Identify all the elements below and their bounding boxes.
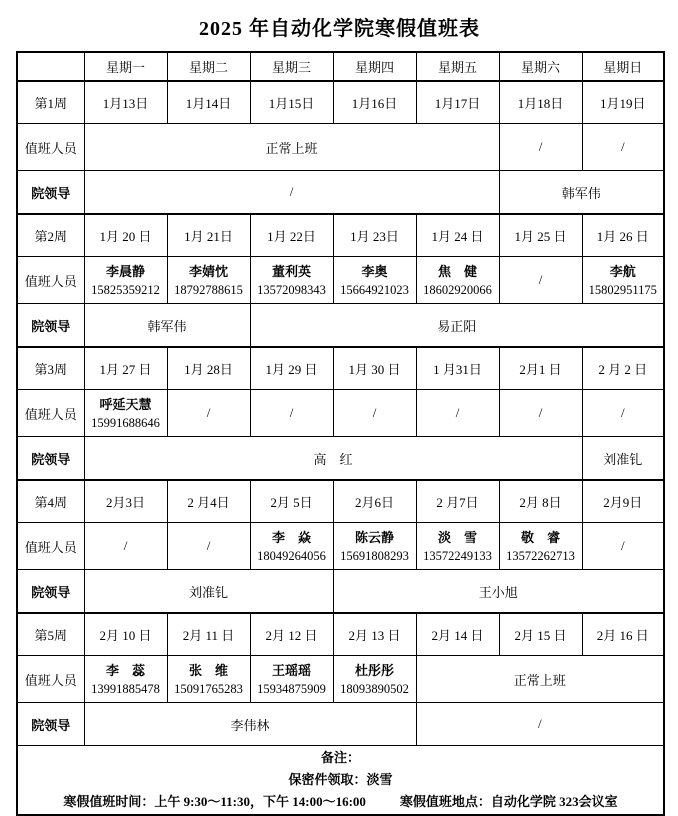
duty-person-name: 呼延天慧 bbox=[87, 395, 165, 414]
duty-person-name: 李婧忱 bbox=[170, 262, 248, 281]
date-cell: 2月 8日 bbox=[499, 480, 582, 523]
duty-person-phone: 15664921023 bbox=[336, 281, 414, 299]
duty-schedule-table: 星期一星期二星期三星期四星期五星期六星期日第1周1月13日1月14日1月15日1… bbox=[16, 51, 665, 816]
duty-person-phone: 15825359212 bbox=[87, 281, 165, 299]
week-label: 第4周 bbox=[17, 480, 84, 523]
date-cell: 1月 26 日 bbox=[582, 214, 664, 257]
date-cell: 2月 10 日 bbox=[84, 613, 167, 656]
date-cell: 2月6日 bbox=[333, 480, 416, 523]
page-title: 2025 年自动化学院寒假值班表 bbox=[16, 12, 663, 41]
duty-cell: 王瑶瑶15934875909 bbox=[250, 656, 333, 703]
date-cell: 1月 28日 bbox=[167, 347, 250, 390]
date-cell: 2月 14 日 bbox=[416, 613, 499, 656]
date-cell: 2 月 2 日 bbox=[582, 347, 664, 390]
note-duty-location: 寒假值班地点：自动化学院 323会议室 bbox=[400, 794, 618, 809]
week-label: 第2周 bbox=[17, 214, 84, 257]
note-duty-time-location: 寒假值班时间：上午 9:30～11:30，下午 14:00～16:00寒假值班地… bbox=[20, 791, 661, 813]
date-cell: 1月 21日 bbox=[167, 214, 250, 257]
date-cell: 1 月31日 bbox=[416, 347, 499, 390]
date-cell: 1月19日 bbox=[582, 81, 664, 124]
duty-cell: 陈云静15691808293 bbox=[333, 523, 416, 570]
day-header: 星期六 bbox=[499, 52, 582, 81]
day-header: 星期三 bbox=[250, 52, 333, 81]
date-cell: 2月 5日 bbox=[250, 480, 333, 523]
day-header: 星期二 bbox=[167, 52, 250, 81]
duty-cell: 李婧忱18792788615 bbox=[167, 257, 250, 304]
row-label-leader: 院领导 bbox=[17, 570, 84, 614]
leader-cell: 刘准钆 bbox=[84, 570, 333, 614]
duty-cell: / bbox=[250, 390, 333, 437]
date-cell: 1月15日 bbox=[250, 81, 333, 124]
duty-person-name: 李航 bbox=[585, 262, 662, 281]
duty-person-name: 李 蕊 bbox=[87, 661, 165, 680]
week-label: 第3周 bbox=[17, 347, 84, 390]
duty-person-phone: 13991885478 bbox=[87, 680, 165, 698]
leader-cell: 易正阳 bbox=[250, 304, 664, 348]
date-cell: 1月 22日 bbox=[250, 214, 333, 257]
row-label-leader: 院领导 bbox=[17, 703, 84, 746]
duty-cell: 淡 雪13572249133 bbox=[416, 523, 499, 570]
page: 2025 年自动化学院寒假值班表 星期一星期二星期三星期四星期五星期六星期日第1… bbox=[0, 0, 678, 816]
leader-cell: 刘准钆 bbox=[582, 437, 664, 481]
date-cell: 1月 23日 bbox=[333, 214, 416, 257]
corner-cell bbox=[17, 52, 84, 81]
note-remark: 备注： bbox=[20, 747, 661, 769]
row-label-duty: 值班人员 bbox=[17, 523, 84, 570]
duty-cell: / bbox=[582, 390, 664, 437]
date-cell: 2 月4日 bbox=[167, 480, 250, 523]
duty-person-name: 李晨静 bbox=[87, 262, 165, 281]
date-cell: 1月 24 日 bbox=[416, 214, 499, 257]
leader-cell: / bbox=[84, 171, 499, 215]
date-cell: 1月 25 日 bbox=[499, 214, 582, 257]
duty-person-phone: 13572249133 bbox=[419, 547, 497, 565]
date-cell: 2月3日 bbox=[84, 480, 167, 523]
duty-person-name: 董利英 bbox=[253, 262, 331, 281]
duty-person-phone: 18602920066 bbox=[419, 281, 497, 299]
leader-cell: 王小旭 bbox=[333, 570, 664, 614]
row-label-duty: 值班人员 bbox=[17, 257, 84, 304]
duty-cell: 李 焱18049264056 bbox=[250, 523, 333, 570]
duty-cell: / bbox=[167, 523, 250, 570]
note-confidential-pickup: 保密件领取：淡雪 bbox=[20, 769, 661, 791]
date-cell: 1月18日 bbox=[499, 81, 582, 124]
duty-cell: / bbox=[84, 523, 167, 570]
duty-cell: 李晨静15825359212 bbox=[84, 257, 167, 304]
duty-cell: 呼延天慧15991688646 bbox=[84, 390, 167, 437]
duty-person-phone: 18792788615 bbox=[170, 281, 248, 299]
notes-cell: 备注：保密件领取：淡雪寒假值班时间：上午 9:30～11:30，下午 14:00… bbox=[17, 746, 664, 816]
duty-person-phone: 18093890502 bbox=[336, 680, 414, 698]
duty-person-name: 焦 健 bbox=[419, 262, 497, 281]
duty-cell: 董利英13572098343 bbox=[250, 257, 333, 304]
duty-person-name: 敬 睿 bbox=[502, 528, 580, 547]
duty-cell: / bbox=[499, 257, 582, 304]
row-label-leader: 院领导 bbox=[17, 171, 84, 215]
row-label-duty: 值班人员 bbox=[17, 124, 84, 171]
day-header: 星期四 bbox=[333, 52, 416, 81]
duty-cell: 张 维15091765283 bbox=[167, 656, 250, 703]
row-label-duty: 值班人员 bbox=[17, 390, 84, 437]
duty-cell: 正常上班 bbox=[416, 656, 664, 703]
duty-cell: / bbox=[499, 124, 582, 171]
duty-person-name: 李 焱 bbox=[253, 528, 331, 547]
date-cell: 1月 20 日 bbox=[84, 214, 167, 257]
date-cell: 1月16日 bbox=[333, 81, 416, 124]
duty-cell: 焦 健18602920066 bbox=[416, 257, 499, 304]
date-cell: 1月14日 bbox=[167, 81, 250, 124]
day-header: 星期五 bbox=[416, 52, 499, 81]
duty-cell: / bbox=[167, 390, 250, 437]
date-cell: 2月 13 日 bbox=[333, 613, 416, 656]
date-cell: 2月 16 日 bbox=[582, 613, 664, 656]
duty-person-phone: 18049264056 bbox=[253, 547, 331, 565]
row-label-leader: 院领导 bbox=[17, 437, 84, 481]
duty-person-phone: 15091765283 bbox=[170, 680, 248, 698]
leader-cell: 李伟林 bbox=[84, 703, 416, 746]
duty-person-name: 杜彤彤 bbox=[336, 661, 414, 680]
date-cell: 2月 15 日 bbox=[499, 613, 582, 656]
row-label-leader: 院领导 bbox=[17, 304, 84, 348]
duty-person-phone: 15934875909 bbox=[253, 680, 331, 698]
date-cell: 2 月7日 bbox=[416, 480, 499, 523]
duty-cell: 杜彤彤18093890502 bbox=[333, 656, 416, 703]
duty-person-name: 淡 雪 bbox=[419, 528, 497, 547]
duty-cell: 正常上班 bbox=[84, 124, 499, 171]
leader-cell: 高 红 bbox=[84, 437, 582, 481]
week-label: 第1周 bbox=[17, 81, 84, 124]
duty-person-name: 陈云静 bbox=[336, 528, 414, 547]
duty-cell: / bbox=[416, 390, 499, 437]
date-cell: 1月 27 日 bbox=[84, 347, 167, 390]
day-header: 星期一 bbox=[84, 52, 167, 81]
leader-cell: 韩军伟 bbox=[499, 171, 664, 215]
duty-person-phone: 13572098343 bbox=[253, 281, 331, 299]
date-cell: 1月 30 日 bbox=[333, 347, 416, 390]
duty-person-name: 张 维 bbox=[170, 661, 248, 680]
date-cell: 1月17日 bbox=[416, 81, 499, 124]
date-cell: 2月 11 日 bbox=[167, 613, 250, 656]
day-header: 星期日 bbox=[582, 52, 664, 81]
date-cell: 2月9日 bbox=[582, 480, 664, 523]
date-cell: 1月13日 bbox=[84, 81, 167, 124]
duty-cell: / bbox=[582, 523, 664, 570]
duty-cell: 敬 睿13572262713 bbox=[499, 523, 582, 570]
duty-cell: / bbox=[499, 390, 582, 437]
duty-person-phone: 15991688646 bbox=[87, 414, 165, 432]
date-cell: 1月 29 日 bbox=[250, 347, 333, 390]
duty-person-name: 李奥 bbox=[336, 262, 414, 281]
row-label-duty: 值班人员 bbox=[17, 656, 84, 703]
duty-cell: / bbox=[333, 390, 416, 437]
duty-cell: 李奥15664921023 bbox=[333, 257, 416, 304]
leader-cell: 韩军伟 bbox=[84, 304, 250, 348]
duty-person-phone: 15802951175 bbox=[585, 281, 662, 299]
note-duty-time: 寒假值班时间：上午 9:30～11:30，下午 14:00～16:00 bbox=[63, 794, 366, 809]
duty-person-phone: 13572262713 bbox=[502, 547, 580, 565]
duty-cell: 李航15802951175 bbox=[582, 257, 664, 304]
week-label: 第5周 bbox=[17, 613, 84, 656]
duty-cell: / bbox=[582, 124, 664, 171]
leader-cell: / bbox=[416, 703, 664, 746]
duty-person-phone: 15691808293 bbox=[336, 547, 414, 565]
duty-cell: 李 蕊13991885478 bbox=[84, 656, 167, 703]
date-cell: 2月 12 日 bbox=[250, 613, 333, 656]
date-cell: 2月1 日 bbox=[499, 347, 582, 390]
duty-person-name: 王瑶瑶 bbox=[253, 661, 331, 680]
